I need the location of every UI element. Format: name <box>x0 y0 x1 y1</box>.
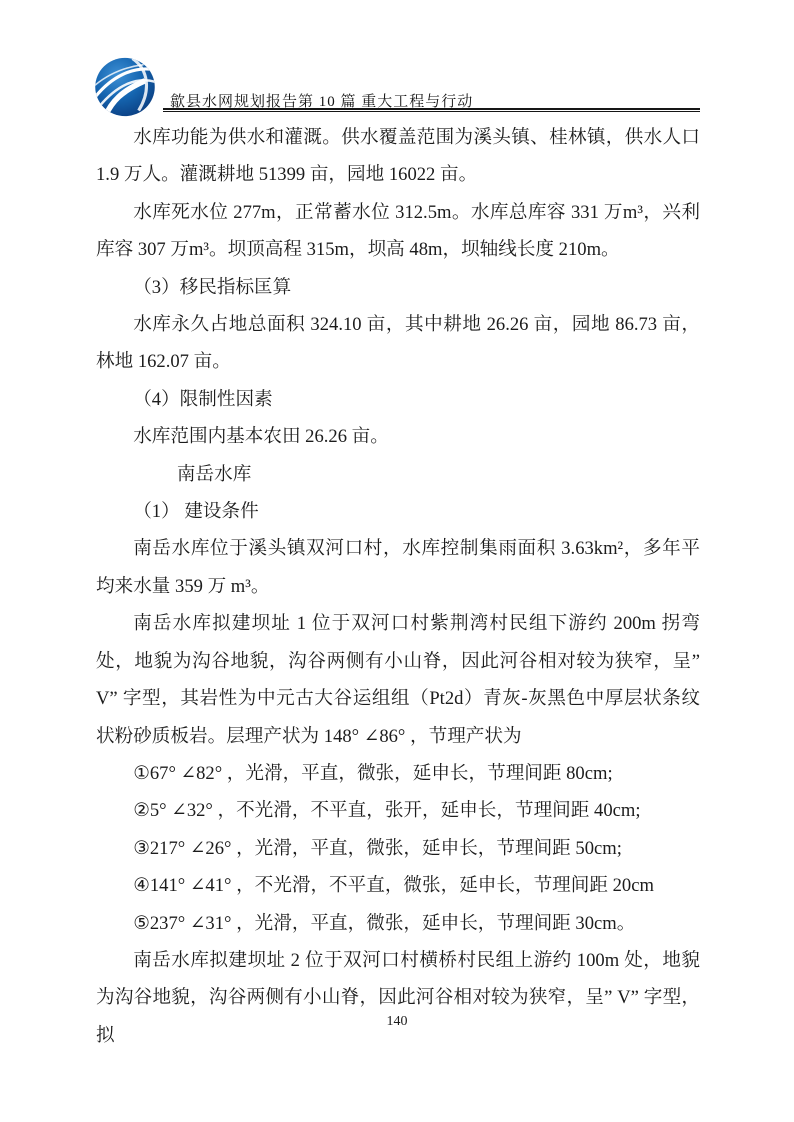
section-heading: （3）移民指标匡算 <box>96 269 700 306</box>
joint-list-item: ④141° ∠41° ，不光滑，不平直，微张，延申长，节理间距 20cm <box>96 867 700 904</box>
joint-list-item: ②5° ∠32° ，不光滑，不平直，张开，延申长，节理间距 40cm; <box>96 792 700 829</box>
section-heading: （1） 建设条件 <box>96 493 700 530</box>
page-number: 140 <box>0 1014 794 1030</box>
joint-list-item: ⑤237° ∠31° ，光滑，平直，微张，延申长，节理间距 30cm。 <box>96 905 700 942</box>
body-paragraph: 南岳水库拟建坝址 1 位于双河口村紫荆湾村民组下游约 200m 拐弯处，地貌为沟… <box>96 605 700 755</box>
body-paragraph: 南岳水库位于溪头镇双河口村，水库控制集雨面积 3.63km²，多年平均来水量 3… <box>96 530 700 605</box>
section-heading: （4）限制性因素 <box>96 381 700 418</box>
water-network-globe-logo-icon <box>92 56 158 118</box>
body-paragraph: 南岳水库拟建坝址 2 位于双河口村横桥村民组上游约 100m 处，地貌为沟谷地貌… <box>96 942 700 1054</box>
page-header: 歙县水网规划报告第 10 篇 重大工程与行动 <box>0 0 794 112</box>
joint-list-item: ③217° ∠26° ，光滑，平直，微张，延申长，节理间距 50cm; <box>96 830 700 867</box>
body-paragraph: 水库功能为供水和灌溉。供水覆盖范围为溪头镇、桂林镇，供水人口 1.9 万人。灌溉… <box>96 119 700 194</box>
document-body: 水库功能为供水和灌溉。供水覆盖范围为溪头镇、桂林镇，供水人口 1.9 万人。灌溉… <box>96 119 700 1054</box>
header-rule <box>163 108 700 112</box>
document-page: 歙县水网规划报告第 10 篇 重大工程与行动 水库功能为供水和灌溉。供水覆盖范围… <box>0 0 794 1122</box>
joint-list-item: ①67° ∠82° ，光滑，平直，微张，延申长，节理间距 80cm; <box>96 755 700 792</box>
body-paragraph: 水库永久占地总面积 324.10 亩，其中耕地 26.26 亩，园地 86.73… <box>96 306 700 381</box>
body-paragraph: 水库死水位 277m，正常蓄水位 312.5m。水库总库容 331 万m³，兴利… <box>96 194 700 269</box>
reservoir-title: 南岳水库 <box>96 456 700 493</box>
body-paragraph: 水库范围内基本农田 26.26 亩。 <box>96 418 700 455</box>
